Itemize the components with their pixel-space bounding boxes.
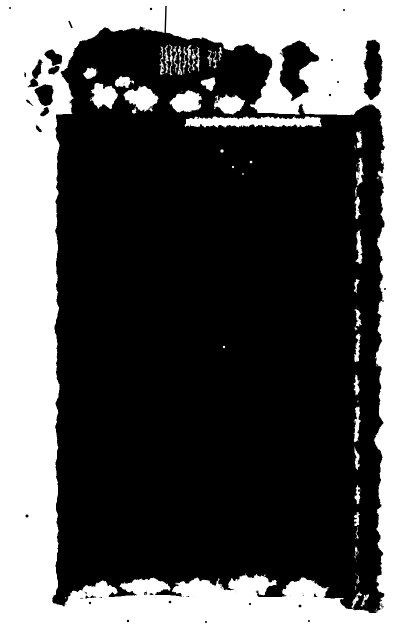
ink-speck [381,168,383,173]
satellite-blob [38,123,43,131]
top-white-channel [186,118,320,126]
ink-speck [379,153,381,158]
satellite-blob [52,66,62,76]
white-pinhole [250,161,253,164]
ink-speck [23,74,26,77]
bottom-erosion-cloud [202,590,262,602]
white-cloud [126,87,158,111]
satellite-blob [47,53,61,65]
bottom-erosion-cloud [283,580,327,598]
ink-speck [150,8,152,10]
top-tick [69,21,72,28]
ink-speck [337,81,339,83]
ink-speck [9,7,11,9]
white-pinhole [232,166,234,168]
ink-speck [26,515,29,518]
ink-speck [169,601,172,604]
satellite-blob [37,86,53,104]
flame-blob [365,40,383,105]
bottom-erosion-cloud [65,591,85,601]
white-cloud [90,85,116,107]
left-foot [54,594,66,610]
ink-speck [384,288,386,290]
satellite-blob [31,63,43,77]
ink-speck [343,9,345,11]
bottom-erosion-cloud [228,576,276,592]
ink-speck [329,94,331,96]
satellite-blob [39,106,47,116]
white-cloud [215,94,243,114]
white-cloud [202,79,214,89]
mid-blob [279,40,317,98]
bottom-erosion-cloud [82,584,118,598]
satellite-blob [28,77,38,89]
ink-speck [28,104,31,107]
artwork-canvas [0,0,416,624]
ink-speck [89,602,91,604]
white-cloud [85,68,97,78]
ink-speck [331,59,333,61]
top-hairline [165,6,166,40]
ink-speck [382,300,384,302]
ink-speck [249,603,251,605]
white-cloud [171,91,201,113]
bottom-erosion-cloud [123,579,167,595]
white-pinhole [220,149,223,152]
ink-speck [299,605,302,608]
ink-print-image [0,0,416,624]
main-field-group [57,114,357,596]
main-ink-field [57,114,357,596]
left-satellite-blobs [23,53,63,131]
white-cloud [254,97,276,115]
ink-speck [205,621,207,623]
ink-speck [308,620,310,622]
ink-speck [127,620,129,622]
white-cloud [117,75,131,87]
white-pinhole [242,173,244,175]
white-pinhole [223,346,225,348]
